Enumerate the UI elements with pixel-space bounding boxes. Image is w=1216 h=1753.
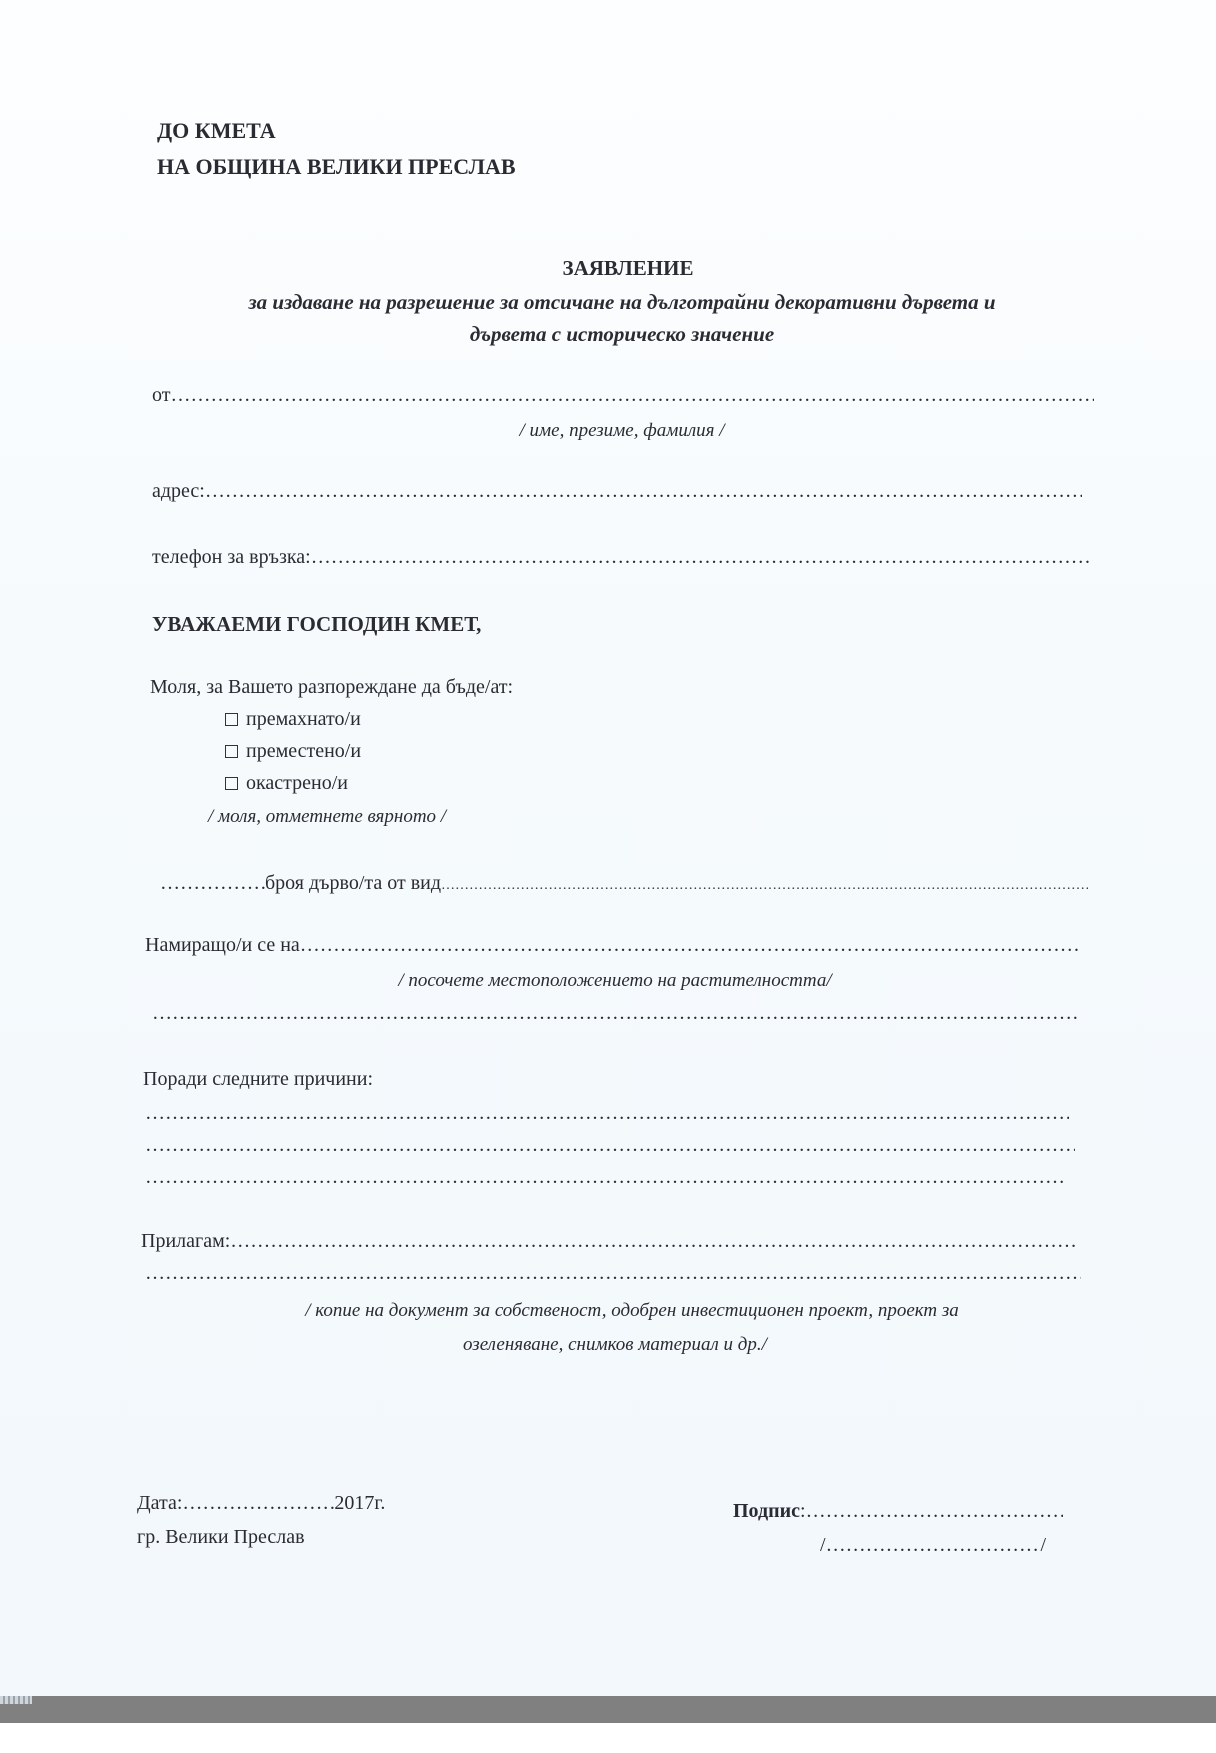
address-label: адрес: [152,480,205,503]
option-remove-label: премахнато/и [246,708,361,731]
option-remove[interactable]: премахнато/и [225,708,361,731]
attachments-input-line-2[interactable]: …………………………………………………………………………………………………………… [145,1262,1081,1285]
document-subtitle-line-1: за издаване на разрешение за отсичане на… [14,290,1216,315]
salutation: УВАЖАЕМИ ГОСПОДИН КМЕТ, [152,612,481,637]
option-relocate[interactable]: преместено/и [225,740,361,763]
attachments-field-continued[interactable]: …………………………………………………………………………………………………………… [145,1262,1081,1285]
location-hint: / посочете местоположението на растителн… [0,970,1216,992]
options-hint: / моля, отметнете вярното / [208,806,446,828]
reasons-input-line-1[interactable]: …………………………………………………………………………………………………………… [145,1102,1069,1125]
attachments-input-line-1[interactable]: …………………………………………………………………………………………………………… [230,1230,1079,1253]
date-input-line[interactable]: …………………………………………………………………………………………………………… [182,1492,334,1515]
addressee-line-1: ДО КМЕТА [157,118,276,144]
signature-input-line[interactable]: …………………………………………………………………………………………………………… [806,1500,1063,1523]
from-input-line[interactable]: …………………………………………………………………………………………………………… [170,384,1094,407]
checkbox-icon[interactable] [225,713,238,726]
from-label: от [152,384,170,407]
attachments-field[interactable]: Прилагам: ………………………………………………………………………………… [141,1230,1079,1253]
species-input-line[interactable]: …………………………………………………………………………………………………………… [441,878,1088,894]
date-label: Дата: [137,1492,182,1515]
phone-field[interactable]: телефон за връзка: ………………………………………………………… [152,546,1092,569]
location-input-line-2[interactable]: …………………………………………………………………………………………………………… [152,1002,1078,1025]
attachments-hint-line-2: озеленяване, снимков материал и др./ [0,1334,1216,1356]
document-title: ЗАЯВЛЕНИЕ [20,256,1216,281]
reasons-input-line-3[interactable]: …………………………………………………………………………………………………………… [145,1166,1067,1189]
attachments-label: Прилагам: [141,1230,230,1253]
address-input-line[interactable]: …………………………………………………………………………………………………………… [205,480,1082,503]
phone-input-line[interactable]: …………………………………………………………………………………………………………… [311,546,1092,569]
scan-edge-marker [0,1696,32,1704]
option-prune-label: окастрено/и [246,772,348,795]
signature-label: Подпис [733,1500,800,1523]
location-label: Намиращо/и се на [145,934,300,957]
phone-label: телефон за връзка: [152,546,311,569]
request-intro: Моля, за Вашето разпореждане да бъде/ат: [150,676,513,699]
location-field-continued[interactable]: …………………………………………………………………………………………………………… [152,1002,1078,1025]
city-label: гр. Велики Преслав [137,1526,305,1549]
count-species-field[interactable]: …………………………………………………………………………………………………………… [160,872,1088,895]
location-field[interactable]: Намиращо/и се на ……………………………………………………………… [145,934,1081,957]
option-relocate-label: преместено/и [246,740,361,763]
reasons-label: Поради следните причини: [143,1068,373,1091]
signature-field[interactable]: Подпис : …………………………………………………………………………………… [733,1500,1063,1523]
date-field[interactable]: Дата: …………………………………………………………………………………………… [137,1492,412,1515]
option-prune[interactable]: окастрено/и [225,772,348,795]
date-year: 2017г. [334,1492,385,1515]
from-field[interactable]: от …………………………………………………………………………………………………… [152,384,1094,407]
location-input-line[interactable]: …………………………………………………………………………………………………………… [300,934,1081,957]
address-field[interactable]: адрес: ………………………………………………………………………………………… [152,480,1082,503]
signature-name-field[interactable]: / ……………………………………………………………………………………………………… [820,1534,1046,1557]
count-input-line[interactable]: …………………………………………………………………………………………………………… [160,872,265,895]
reasons-line-3[interactable]: …………………………………………………………………………………………………………… [145,1166,1067,1189]
document-page: ДО КМЕТА НА ОБЩИНА ВЕЛИКИ ПРЕСЛАВ ЗАЯВЛЕ… [0,0,1216,1696]
document-subtitle-line-2: дървета с историческо значение [14,322,1216,347]
reasons-line-2[interactable]: …………………………………………………………………………………………………………… [145,1134,1075,1157]
reasons-input-line-2[interactable]: …………………………………………………………………………………………………………… [145,1134,1075,1157]
checkbox-icon[interactable] [225,745,238,758]
signature-name-input-line[interactable]: …………………………………………………………………………………………………………… [826,1534,1041,1557]
count-suffix-label: броя дърво/та от вид [265,872,441,895]
addressee-line-2: НА ОБЩИНА ВЕЛИКИ ПРЕСЛАВ [157,154,516,180]
reasons-line-1[interactable]: …………………………………………………………………………………………………………… [145,1102,1069,1125]
checkbox-icon[interactable] [225,777,238,790]
attachments-hint-line-1: / копие на документ за собственост, одоб… [0,1300,1216,1322]
scan-blank-margin [0,1723,1216,1753]
scan-bottom-band [0,1696,1216,1723]
from-hint: / име, презиме, фамилия / [0,420,1216,442]
